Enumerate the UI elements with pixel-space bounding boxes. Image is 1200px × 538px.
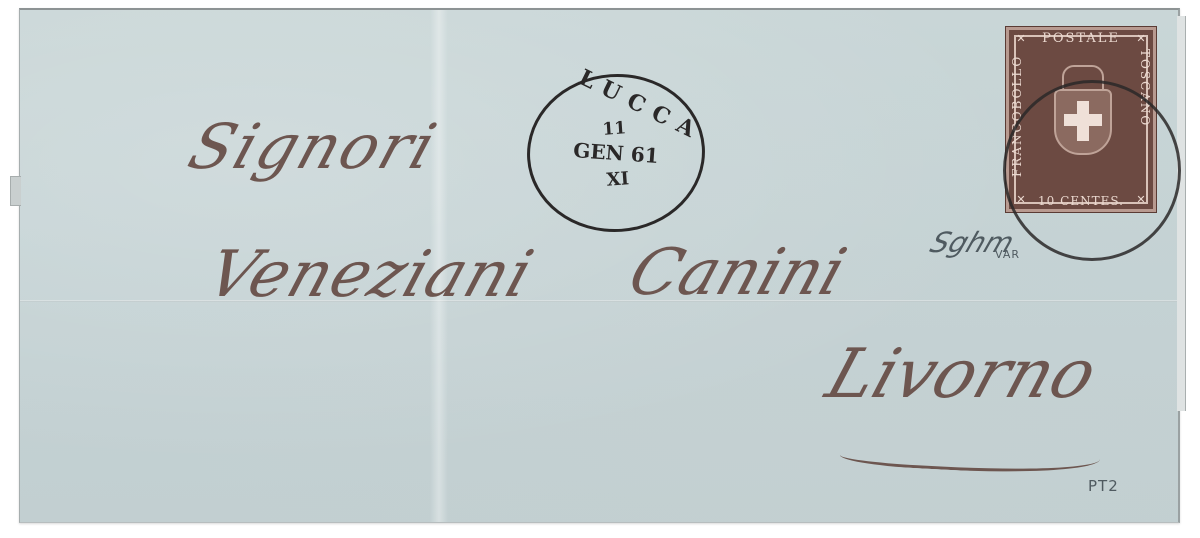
stamp-top-label: POSTALE — [1028, 31, 1134, 46]
pencil-reference: PT2 — [1088, 477, 1119, 495]
destination-city: Livorno — [817, 335, 1106, 414]
addressee-first-name: Veneziani — [198, 238, 542, 312]
salutation-text: Signori — [180, 110, 446, 183]
stamp-right-label: TOSCANO — [1138, 49, 1152, 55]
corner-ornament-icon: ✕ — [1015, 33, 1027, 45]
horizontal-fold — [20, 300, 1178, 302]
stamp-cancellation-postmark — [1003, 80, 1181, 261]
corner-ornament-icon: ✕ — [1135, 33, 1147, 45]
addressee-last-name: Canini — [620, 236, 855, 310]
envelope-flap-edge — [10, 176, 21, 206]
postmark-hour: XI — [531, 163, 704, 196]
pencil-annotation: VAR — [995, 248, 1020, 261]
envelope-right-edge — [1177, 16, 1186, 411]
